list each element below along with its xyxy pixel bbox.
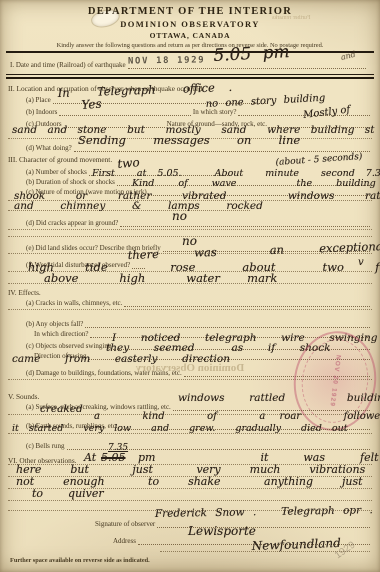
q4c-label: (c) Objects observed swinging [26,342,111,350]
q3c-overflow2-handwriting: and chimney & lamps rocked [14,200,263,212]
dotted-line [124,298,370,307]
divider [6,74,374,75]
q5c-label: (c) Bells rung [26,442,65,450]
q2b-label: (b) Indoors [26,108,57,116]
dotted-line [120,218,370,227]
date-received-stamp: NOV 18 1929 [128,55,205,66]
q3d-label: (d) Did cracks appear in ground? [26,219,118,227]
q3b-label: (b) Duration of shock or shocks [26,178,115,186]
q4b-label: (b) Any objects fall? [26,320,83,328]
q6-line4-handwriting: to quiver [32,487,104,500]
signature-handwriting: Frederick Snow . Telegraph opr . & Postm… [155,502,380,520]
q5b-overflow-handwriting: it started very low and grew. gradually … [12,423,348,434]
q3a-note-handwriting: (about - 5 seconds) [275,152,362,168]
q2b-answer-handwriting: Yes [81,97,102,112]
q2d-label: (d) What doing? [26,144,72,152]
q4-title: IV. Effects. [8,288,41,297]
subtitle-observatory: DOMINION OBSERVATORY [0,19,380,29]
dotted-line [59,107,191,116]
q4a-row: (a) Cracks in walls, chimneys, etc. [26,298,370,307]
divider [6,51,374,53]
q5-title: V. Sounds. [8,392,39,401]
scanned-form-page: Further remarks DEPARTMENT OF THE INTERI… [0,0,380,572]
q5a-answer-handwriting: windows rattled building [178,392,380,404]
q2a-label: (a) Place [26,96,51,104]
q1-answer-handwriting: 5.05 pm [213,42,290,66]
q5b-answer-handwriting: a kind of a roar followed [94,411,380,422]
signature-label: Signature of observer [95,520,155,528]
q4a-label: (a) Cracks in walls, chimneys, etc. [26,299,122,307]
page-title: DEPARTMENT OF THE INTERIOR [0,6,380,17]
q5a-overflow-handwriting: creaked [40,403,83,415]
divider [6,77,374,79]
showthrough-dominion-observatory: Dominion Observatory [95,362,285,374]
address-handwriting: Lewisporte [188,524,256,538]
dotted-line [8,308,372,310]
dotted-line [8,228,372,230]
q3a-label: (a) Number of shocks [26,168,87,176]
q1-label: I. Date and time (Railroad) of earthquak… [10,61,126,69]
instructions-line: Kindly answer the following questions an… [0,42,380,49]
address-label: Address [113,537,136,545]
q2d-answer-handwriting: Sending messages on line [78,133,300,147]
q4b-row: (b) Any objects fall? [26,319,370,328]
q3-title: III. Character of ground movement. [8,155,112,164]
q3d-answer-handwriting: no [172,209,187,223]
q3f-flourish-handwriting: v [358,257,364,268]
q5c-row: (c) Bells rung [26,441,370,450]
q3c-answer-handwriting: Kind of wave the building [132,178,376,189]
subtitle-city: OTTAWA, CANADA [0,31,380,40]
q3f-answer3-handwriting: above high water mark [44,271,277,285]
dotted-line [85,319,370,328]
footer-note: Further space available on reverse side … [10,557,150,564]
q3d-row: (d) Did cracks appear in ground? [26,218,370,227]
q4b-direction-label: In which direction? [34,330,88,338]
